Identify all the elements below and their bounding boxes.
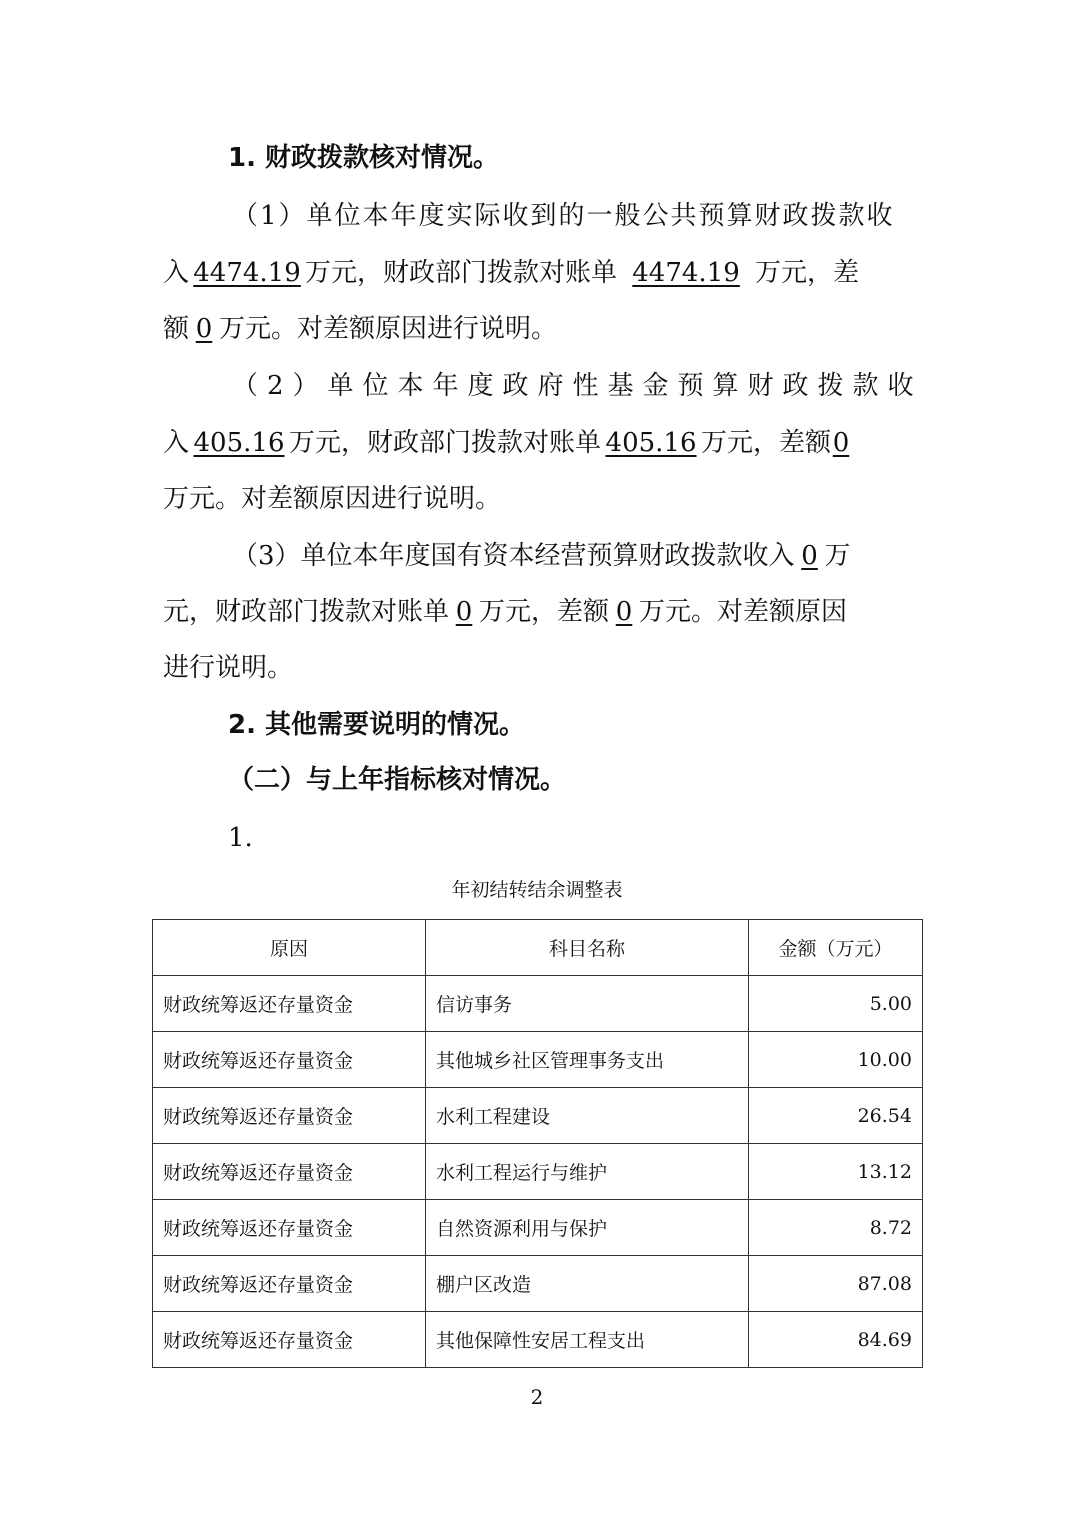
table-row: 财政统筹返还存量资金棚户区改造87.08 [153,1256,923,1312]
item2-statement-value: 405.16 [601,423,701,463]
cell-amount: 84.69 [749,1312,923,1368]
text: 万元。对差额原因进行说明。 [219,314,557,344]
table-row: 财政统筹返还存量资金水利工程建设26.54 [153,1088,923,1144]
cell-amount: 87.08 [749,1256,923,1312]
cell-subject: 水利工程运行与维护 [426,1144,749,1200]
item2-line3: 万元。对差额原因进行说明。 [163,479,501,519]
cell-reason: 财政统筹返还存量资金 [153,1200,426,1256]
text: 万元，财政部门拨款对账单 [289,428,601,458]
item2-received-value: 405.16 [189,423,289,463]
cell-amount: 10.00 [749,1032,923,1088]
cell-amount: 8.72 [749,1200,923,1256]
item2-difference-value: 0 [831,423,851,463]
table-header-row: 原因 科目名称 金额（万元） [153,920,923,976]
item1-line2: 入4474.19万元，财政部门拨款对账单4474.19万元，差 [163,253,859,293]
item1-difference-value: 0 [189,309,219,349]
section-heading-prior-year: （二）与上年指标核对情况。 [228,760,566,800]
item1-received-value: 4474.19 [189,253,305,293]
text: 万元，差额 [701,428,831,458]
section-heading-appropriation-check: 1. 财政拨款核对情况。 [228,138,499,178]
table-row: 财政统筹返还存量资金其他保障性安居工程支出84.69 [153,1312,923,1368]
section-heading-other: 2. 其他需要说明的情况。 [228,705,525,745]
sub-item-number: 1. [228,818,253,858]
cell-subject: 其他保障性安居工程支出 [426,1312,749,1368]
table-caption: 年初结转结余调整表 [152,876,922,904]
header-amount: 金额（万元） [749,920,923,976]
cell-subject: 水利工程建设 [426,1088,749,1144]
item2-line2: 入405.16万元，财政部门拨款对账单405.16万元，差额0 [163,423,851,463]
text: 万元，差额 [479,597,609,627]
cell-amount: 5.00 [749,976,923,1032]
text: 入 [163,258,189,288]
text: 万元，财政部门拨款对账单 [305,258,617,288]
cell-amount: 26.54 [749,1088,923,1144]
page-number: 2 [0,1385,1074,1409]
item1-line3: 额0万元。对差额原因进行说明。 [163,309,557,349]
item3-received-value: 0 [795,536,825,576]
cell-reason: 财政统筹返还存量资金 [153,1312,426,1368]
carryover-adjustment-table: 原因 科目名称 金额（万元） 财政统筹返还存量资金信访事务5.00 财政统筹返还… [152,919,923,1368]
item3-statement-value: 0 [449,592,479,632]
text: 万元，差 [755,258,859,288]
item3-line2: 元，财政部门拨款对账单0万元，差额0万元。对差额原因 [163,592,847,632]
item3-line3: 进行说明。 [163,648,293,688]
item3-difference-value: 0 [609,592,639,632]
table-row: 财政统筹返还存量资金水利工程运行与维护13.12 [153,1144,923,1200]
cell-reason: 财政统筹返还存量资金 [153,1144,426,1200]
cell-reason: 财政统筹返还存量资金 [153,1256,426,1312]
header-reason: 原因 [153,920,426,976]
item1-line1: （1）单位本年度实际收到的一般公共预算财政拨款收 [232,196,895,236]
text: （3）单位本年度国有资本经营预算财政拨款收入 [232,541,795,571]
cell-subject: 其他城乡社区管理事务支出 [426,1032,749,1088]
item1-statement-value: 4474.19 [617,253,755,293]
table-row: 财政统筹返还存量资金自然资源利用与保护8.72 [153,1200,923,1256]
cell-reason: 财政统筹返还存量资金 [153,976,426,1032]
text: 万 [825,541,851,571]
text: 额 [163,314,189,344]
item2-line1: （2）单位本年度政府性基金预算财政拨款收 [232,366,923,406]
cell-subject: 信访事务 [426,976,749,1032]
cell-reason: 财政统筹返还存量资金 [153,1032,426,1088]
cell-subject: 自然资源利用与保护 [426,1200,749,1256]
cell-amount: 13.12 [749,1144,923,1200]
text: 入 [163,428,189,458]
table-row: 财政统筹返还存量资金其他城乡社区管理事务支出10.00 [153,1032,923,1088]
item3-line1: （3）单位本年度国有资本经营预算财政拨款收入0万 [232,536,851,576]
table-row: 财政统筹返还存量资金信访事务5.00 [153,976,923,1032]
text: 元，财政部门拨款对账单 [163,597,449,627]
text: 万元。对差额原因 [639,597,847,627]
cell-reason: 财政统筹返还存量资金 [153,1088,426,1144]
header-subject: 科目名称 [426,920,749,976]
cell-subject: 棚户区改造 [426,1256,749,1312]
